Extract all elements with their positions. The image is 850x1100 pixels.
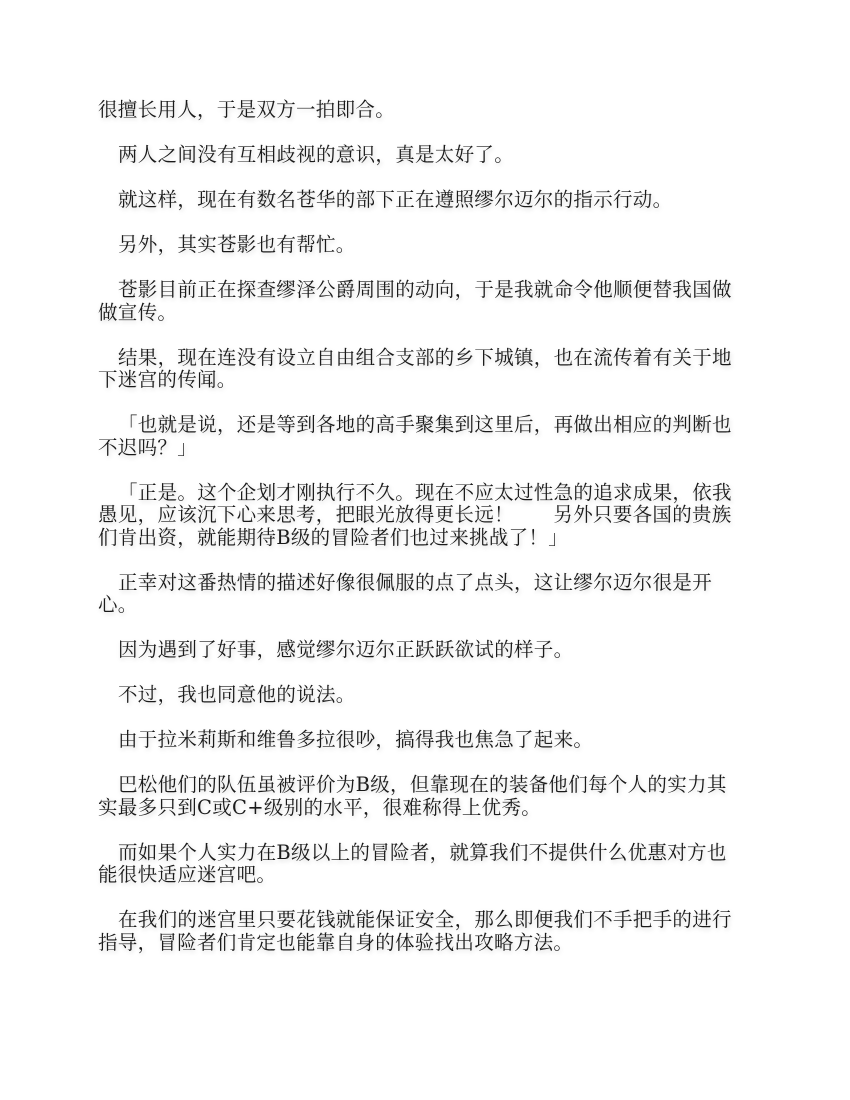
paragraph: 两人之间没有互相歧视的意识，真是太好了。 — [98, 144, 746, 167]
paragraph: 巴松他们的队伍虽被评价为B级，但靠现在的装备他们每个人的实力其实最多只到C或C+… — [98, 774, 746, 819]
paragraph: 很擅长用人，于是双方一拍即合。 — [98, 99, 746, 122]
paragraph: 正幸对这番热情的描述好像很佩服的点了点头，这让缪尔迈尔很是开心。 — [98, 572, 746, 617]
paragraph: 在我们的迷宫里只要花钱就能保证安全，那么即便我们不手把手的进行指导，冒险者们肯定… — [98, 909, 746, 954]
dialogue-paragraph: 「也就是说，还是等到各地的高手聚集到这里后，再做出相应的判断也不迟吗？」 — [98, 414, 746, 459]
paragraph: 因为遇到了好事，感觉缪尔迈尔正跃跃欲试的样子。 — [98, 639, 746, 662]
paragraph: 由于拉米莉斯和维鲁多拉很吵，搞得我也焦急了起来。 — [98, 729, 746, 752]
paragraph: 苍影目前正在探查缪泽公爵周围的动向，于是我就命令他顺便替我国做做宣传。 — [98, 279, 746, 324]
paragraph: 另外，其实苍影也有帮忙。 — [98, 234, 746, 257]
paragraph: 结果，现在连没有设立自由组合支部的乡下城镇，也在流传着有关于地下迷宫的传闻。 — [98, 347, 746, 392]
document-page: 很擅长用人，于是双方一拍即合。 两人之间没有互相歧视的意识，真是太好了。 就这样… — [98, 99, 746, 977]
paragraph: 而如果个人实力在B级以上的冒险者，就算我们不提供什么优惠对方也能很快适应迷宫吧。 — [98, 842, 746, 887]
paragraph: 就这样，现在有数名苍华的部下正在遵照缪尔迈尔的指示行动。 — [98, 189, 746, 212]
dialogue-paragraph: 「正是。这个企划才刚执行不久。现在不应太过性急的追求成果，依我愚见，应该沉下心来… — [98, 482, 746, 550]
paragraph: 不过，我也同意他的说法。 — [98, 684, 746, 707]
